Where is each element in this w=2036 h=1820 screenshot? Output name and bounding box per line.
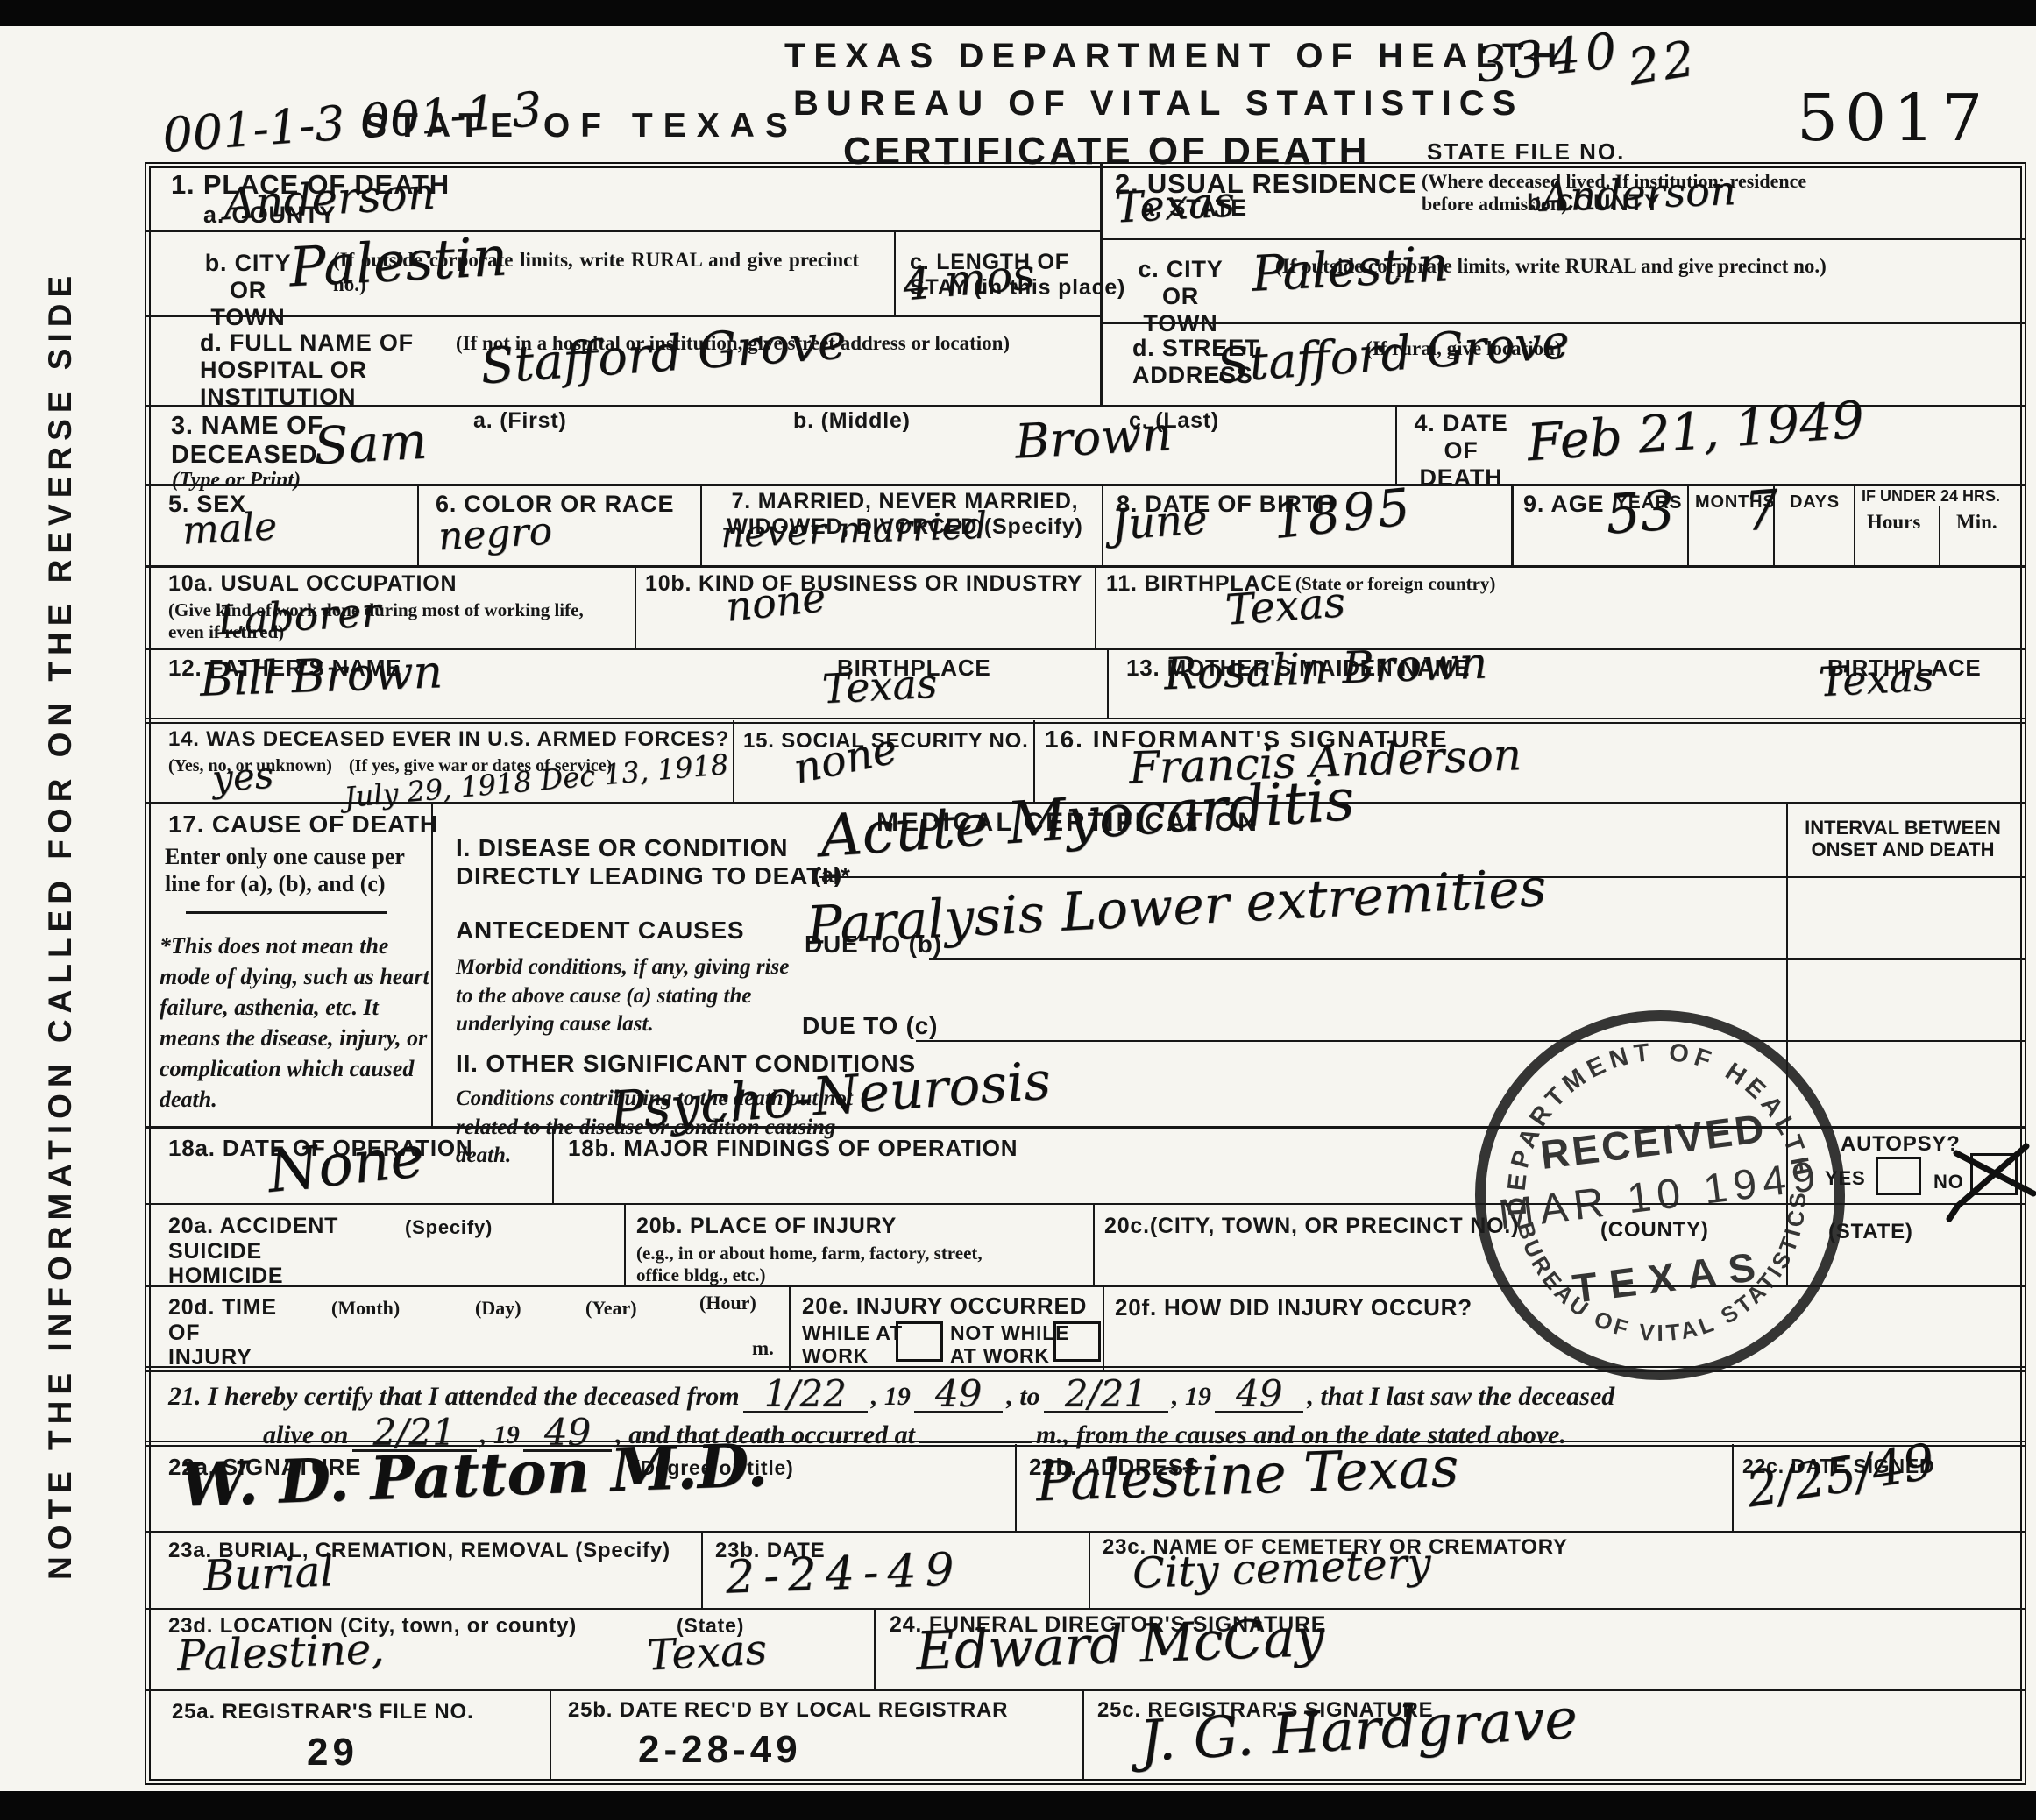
antecedent-label: ANTECEDENT CAUSES [456, 917, 744, 945]
date-of-death-label: 4. DATE OF DEATH [1413, 410, 1509, 491]
certify-text-1: 21. I hereby certify that I attended the… [168, 1382, 740, 1412]
dept-title-line1: TEXAS DEPARTMENT OF HEALTH [784, 37, 1564, 76]
cause-rule-note: Enter only one cause per line for (a), (… [165, 843, 428, 897]
res-city-label: c. CITY OR TOWN [1132, 256, 1229, 336]
time-of-injury-label: 20d. TIME OF INJURY [168, 1295, 277, 1370]
place-of-injury-label: 20b. PLACE OF INJURY [636, 1214, 897, 1239]
dept-title-line2: BUREAU OF VITAL STATISTICS [793, 84, 1523, 124]
state-of-texas-title: STATE OF TEXAS [364, 107, 798, 145]
not-while-at-work-checkbox[interactable] [1053, 1321, 1101, 1362]
birthplace-value: Texas [1224, 577, 1347, 634]
month-note: (Month) [331, 1297, 400, 1320]
last-name-value: Brown [1013, 406, 1173, 469]
father-birthplace-value: Texas [821, 660, 939, 713]
not-while-at-work-label: NOT WHILE AT WORK [950, 1321, 1069, 1367]
while-at-work-checkbox[interactable] [896, 1321, 943, 1362]
hour-note: (Hour) [699, 1292, 756, 1314]
color-race-value: negro [437, 509, 554, 560]
age-years-value: 53 [1604, 478, 1678, 546]
injury-occurred-label: 20e. INJURY OCCURRED [802, 1293, 1087, 1320]
accident-suicide-homicide-label: 20a. ACCIDENT SUICIDE HOMICIDE [168, 1214, 338, 1289]
how-injury-occurred-label: 20f. HOW DID INJURY OCCUR? [1115, 1295, 1472, 1321]
res-city-value: Palestin [1250, 236, 1450, 303]
attended-to-year: 49 [1215, 1379, 1303, 1413]
registrar-file-no-value: 29 [307, 1731, 358, 1774]
sex-value: male [181, 504, 279, 554]
father-name-value: Bill Brown [199, 646, 443, 707]
first-name-value: Sam [312, 411, 429, 477]
death-hour-blank [919, 1414, 1032, 1443]
scan-edge-top [0, 0, 2036, 26]
morbid-note: Morbid conditions, if any, giving rise t… [456, 953, 802, 1039]
m-note: m. [752, 1336, 774, 1361]
hours-label: Hours [1867, 510, 1920, 535]
date-recd-label: 25b. DATE REC'D BY LOCAL REGISTRAR [568, 1698, 1008, 1722]
min-label: Min. [1956, 510, 1997, 535]
received-stamp: DEPARTMENT OF HEALTH BUREAU OF VITAL STA… [1447, 982, 1873, 1408]
burial-value: Burial [202, 1547, 334, 1600]
pod-city-label: b. CITY OR TOWN [200, 250, 296, 330]
first-name-label: a. (First) [473, 408, 567, 434]
death-certificate-scan: 001-1-3 001-1-3 TEXAS DEPARTMENT OF HEAL… [0, 0, 2036, 1820]
cause-star-note: *This does not mean the mode of dying, s… [160, 931, 436, 1115]
res-state-value: Texas [1114, 177, 1237, 232]
armed-forces-label: 14. WAS DECEASED EVER IN U.S. ARMED FORC… [168, 727, 729, 751]
business-label: 10b. KIND OF BUSINESS OR INDUSTRY [645, 571, 1082, 597]
pod-city-value: Palestin [287, 224, 508, 300]
injury-city-label: 20c.(CITY, TOWN, OR PRECINCT NO.) [1104, 1214, 1519, 1239]
autopsy-yes-checkbox[interactable] [1876, 1157, 1921, 1195]
mother-birthplace-value: Texas [1818, 653, 1935, 706]
place-of-injury-note: (e.g., in or about home, farm, factory, … [636, 1243, 1022, 1286]
interval-label: INTERVAL BETWEEN ONSET AND DEATH [1802, 817, 2004, 860]
burial-location-state-value: Texas [646, 1625, 769, 1680]
disease-condition-label: I. DISEASE OR CONDITION DIRECTLY LEADING… [456, 834, 851, 890]
autopsy-label: AUTOPSY? [1841, 1132, 1961, 1156]
birth-month-value: June [1110, 494, 1209, 550]
specify-note: (Specify) [405, 1216, 493, 1238]
cause-note-divider [186, 911, 387, 914]
cemetery-value: City cemetery [1132, 1539, 1431, 1598]
while-at-work-label: WHILE AT WORK [802, 1321, 903, 1367]
burial-date-value: 2-24-49 [725, 1543, 963, 1604]
age-days-label: DAYS [1790, 492, 1840, 513]
hospital-label: d. FULL NAME OF HOSPITAL OR INSTITUTION [200, 329, 414, 410]
certify-text-2: , 19 [871, 1382, 911, 1412]
age-label: 9. AGE [1523, 491, 1604, 518]
major-findings-label: 18b. MAJOR FINDINGS OF OPERATION [568, 1136, 1018, 1162]
scan-edge-bottom [0, 1791, 2036, 1820]
armed-forces-value: yes [210, 754, 274, 801]
registrar-file-no-label: 25a. REGISTRAR'S FILE NO. [172, 1700, 473, 1724]
cause-of-death-label: 17. CAUSE OF DEATH [168, 811, 438, 839]
attended-from-year: 49 [914, 1379, 1003, 1413]
date-recd-value: 2-28-49 [638, 1728, 802, 1772]
occupation-value: Laborer [216, 588, 382, 644]
type-or-print-note: (Type or Print) [172, 468, 301, 493]
state-file-number: 5017 [1797, 81, 1990, 156]
due-to-c-label: DUE TO (c) [802, 1012, 938, 1040]
certify-text-4: , 19 [1172, 1382, 1211, 1412]
under-24hrs-label: IF UNDER 24 HRS. [1862, 487, 2000, 506]
autopsy-no-checkmark [1949, 1136, 2036, 1219]
attended-from-date: 1/22 [743, 1379, 868, 1413]
attended-to-date: 2/21 [1044, 1379, 1168, 1413]
year-note: (Year) [585, 1297, 637, 1320]
day-note: (Day) [475, 1297, 521, 1320]
file-code2-handwritten: 22 [1624, 30, 1701, 97]
reverse-side-note: NOTE THE INFORMATION CALLED FOR ON THE R… [42, 258, 79, 1590]
certify-text-3: , to [1006, 1382, 1039, 1412]
file-code-handwritten: 3340 [1473, 22, 1624, 94]
middle-name-label: b. (Middle) [793, 408, 911, 434]
name-of-deceased-label: 3. NAME OF DECEASED [171, 412, 323, 470]
certify-statement-line1: 21. I hereby certify that I attended the… [168, 1377, 1614, 1412]
age-months-value: 7 [1742, 478, 1781, 544]
res-county-value: Anderson [1540, 166, 1736, 221]
burial-location-city-value: Palestine, [176, 1625, 385, 1681]
